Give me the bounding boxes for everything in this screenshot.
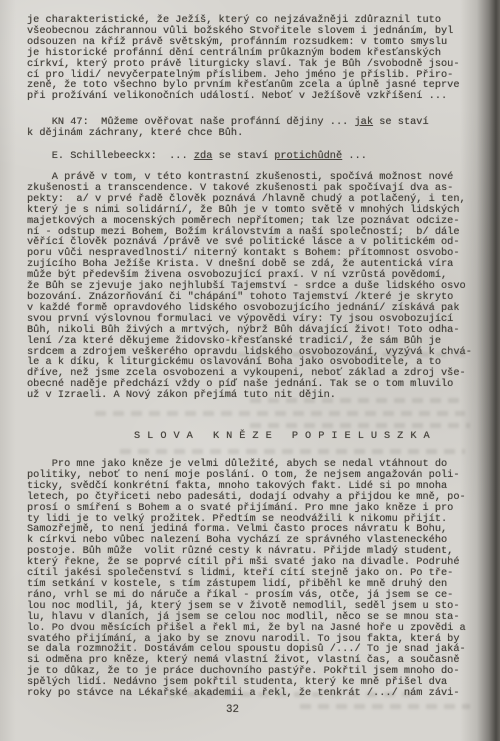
paragraph-kn47-quote: KN 47: Můžeme ověřovat naše profánní děj… xyxy=(27,117,429,139)
bleedthrough-smudge xyxy=(120,449,465,454)
bleedthrough-smudge xyxy=(250,423,470,428)
paragraph-liberation-theology: A právě v tom, v této kontrastní zkušeno… xyxy=(27,172,472,401)
paragraph-schillebeeckx-quote: E. Schillebeeckx: ... zda se staví proti… xyxy=(27,151,367,162)
paragraph-popieluszko-words: Pro mne jako kněze je velmi důležité, ab… xyxy=(27,459,466,699)
bleedthrough-smudge xyxy=(95,411,465,416)
section-heading-slova-kneze-popieluszka: S L O V A K N Ě Z E P O P I E L U S Z K … xyxy=(134,431,430,442)
paragraph-jesus-profane-history: je charakteristické, že Ježíš, který co … xyxy=(27,15,460,102)
page-edge-shadow xyxy=(460,0,500,741)
page-left-edge-shading xyxy=(0,0,16,741)
scanned-document-page: { "colors": { "paper": "#d7d5d0", "ink":… xyxy=(0,0,500,741)
bleedthrough-smudge xyxy=(300,704,470,709)
page-number: 32 xyxy=(226,705,239,716)
